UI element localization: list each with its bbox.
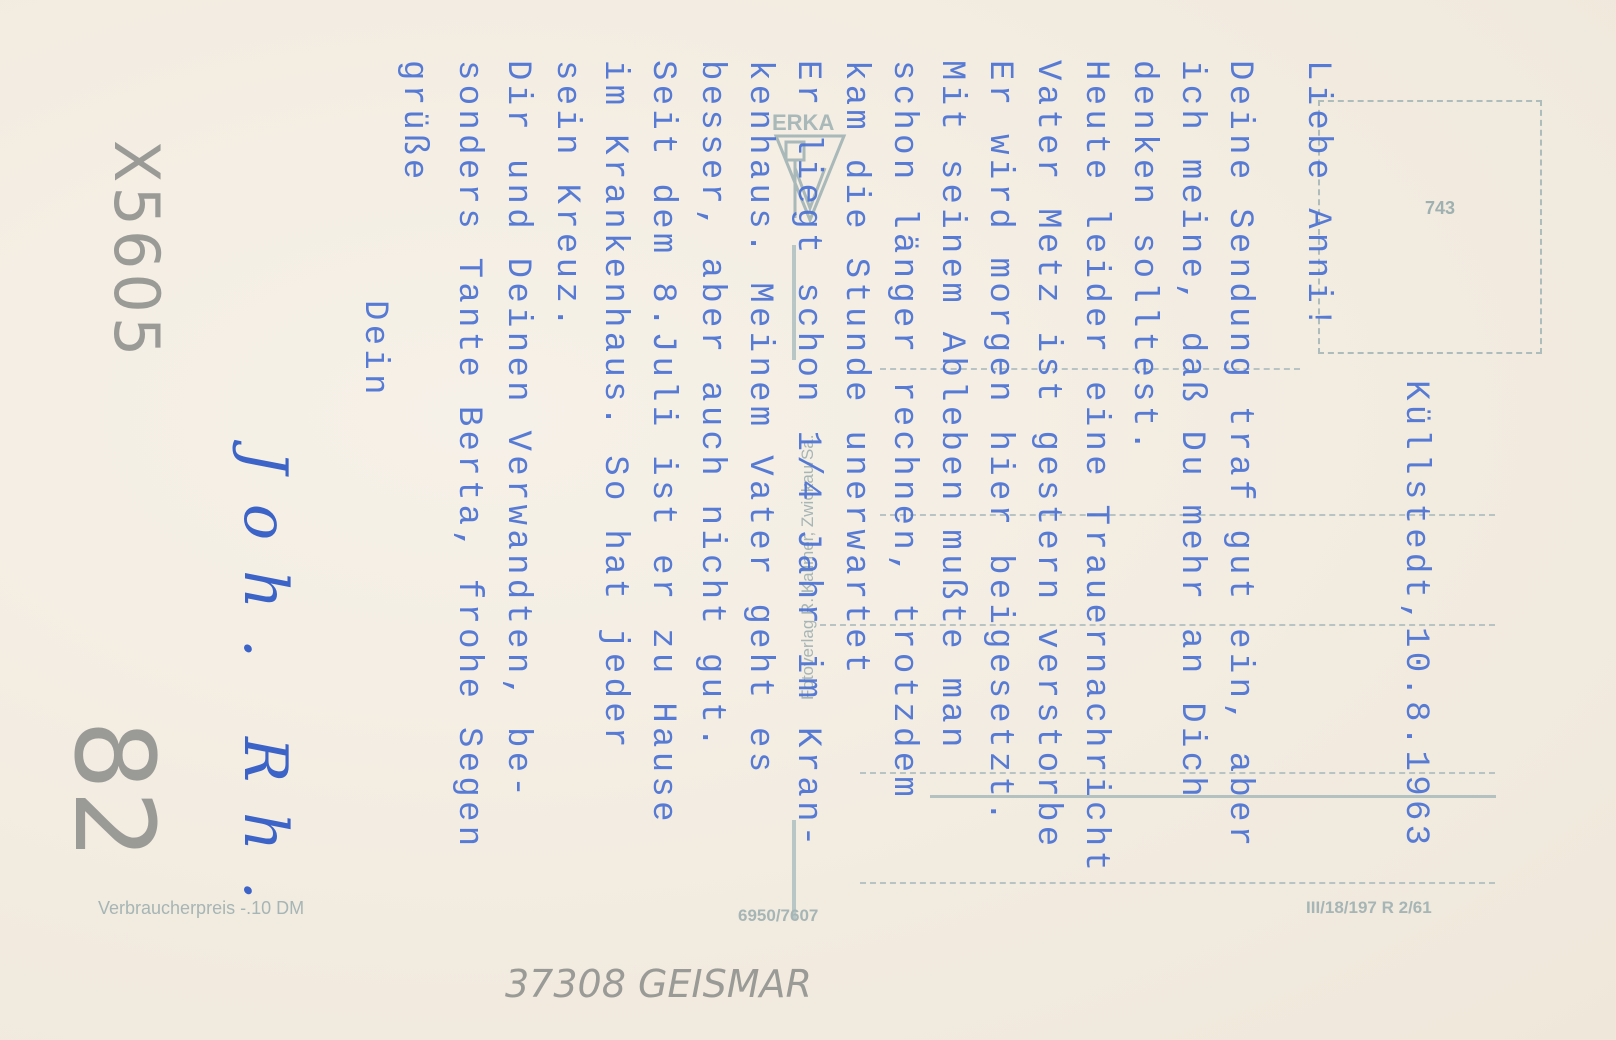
letter-line: grüße xyxy=(396,60,430,184)
address-line xyxy=(860,882,1495,884)
pencil-code: X5605 xyxy=(100,140,173,360)
catalog-number: 6950/7607 xyxy=(738,906,818,926)
letter-line: Vater Metz ist gestern verstorbe xyxy=(1030,60,1064,851)
letter-line: sonders Tante Berta, frohe Segen xyxy=(451,60,485,851)
letter-line: Er wird morgen hier beigesetzt. xyxy=(982,60,1016,826)
letter-line: im Krankenhaus. So hat jeder xyxy=(597,60,631,752)
letter-line: schon länger rechnen, trotzdem xyxy=(886,60,920,801)
closing: Dein xyxy=(357,300,391,399)
letter-line: kam die Stunde unerwartet xyxy=(838,60,872,702)
letter-line: Seit dem 8.Juli ist er zu Hause xyxy=(645,60,679,826)
pencil-address: 37308 GEISMAR xyxy=(505,962,812,1006)
letter-line: Dir und Deinen Verwandten, be- xyxy=(500,60,534,801)
license-code: III/18/197 R 2/61 xyxy=(1306,898,1432,918)
letter-line: ich meine, daß Du mehr an Dich xyxy=(1174,60,1208,801)
letter-line: besser, aber auch nicht gut. xyxy=(694,60,728,752)
letter-line: Heute leider eine Trauernachricht xyxy=(1078,60,1112,875)
stamp-box xyxy=(1318,100,1542,354)
letter-line: kenhaus. Meinem Vater geht es xyxy=(742,60,776,776)
letter-line: denken solltest. xyxy=(1126,60,1160,455)
letter-line: Er liegt schon 1/4 Jahr im Kran- xyxy=(790,60,824,851)
place-date: Küllstedt,10.8.1963 xyxy=(1398,380,1432,849)
letter-line: Deine Sendung traf gut ein, aber xyxy=(1222,60,1256,851)
letter-line: Mit seinem Ableben mußte man xyxy=(934,60,968,752)
salutation: Liebe Anni! xyxy=(1300,60,1334,332)
letter-line: sein Kreuz. xyxy=(549,60,583,332)
postcard-back: 743 ERKA Fotoverlag R. Kallmer, Zwickau/… xyxy=(0,0,1616,1040)
stamp-box-number: 743 xyxy=(1425,198,1455,219)
signature: Joh. Rh. xyxy=(230,450,300,930)
pencil-number: 82 xyxy=(50,720,178,860)
